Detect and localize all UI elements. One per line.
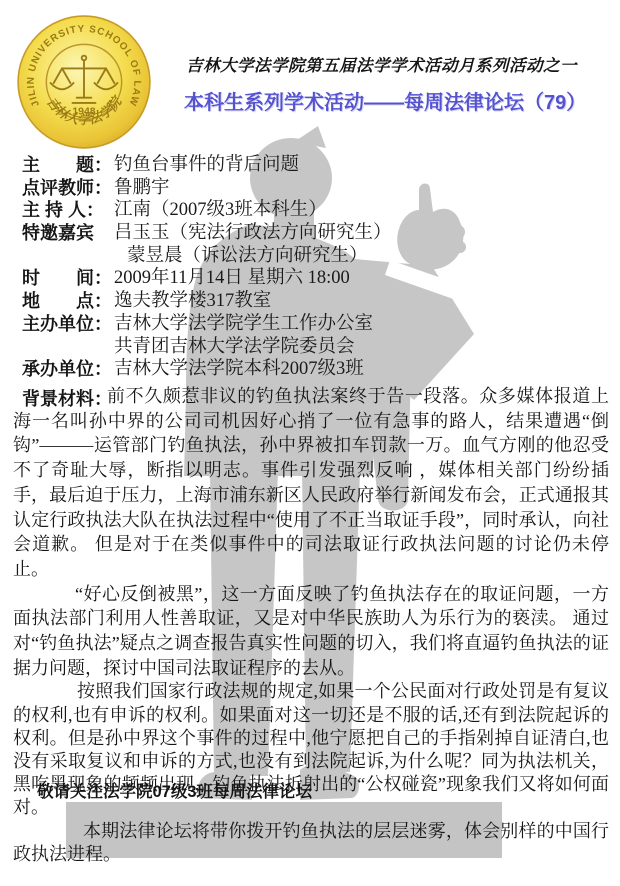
info-label: 地 点： [22,290,114,313]
info-value: 逸夫教学楼317教室 [114,291,271,311]
info-row-host: 主 持 人：江南（2007级3班本科生） [22,199,392,222]
info-label: 主 持 人： [22,199,114,222]
seal-graphic: JILIN UNIVERSITY SCHOOL OF LAW 1948 吉林大学… [16,14,152,150]
info-value: 鲁鹏宇 [114,178,170,198]
info-label: 承办单位： [22,358,114,381]
forum-title: 本科生系列学术活动——每周法律论坛（79） [184,86,586,115]
info-label: 主办单位： [22,313,114,336]
info-row-organizer-2: 共青团吉林大学法学院委员会 [22,336,392,359]
info-row-organizer-1: 主办单位：吉林大学法学院学生工作办公室 [22,313,392,336]
event-info-list: 主 题：钓鱼台事件的背后问题 点评教师：鲁鹏宇 主 持 人：江南（2007级3班… [22,154,392,381]
info-row-time: 时 间：2009年11月14日 星期六 18:00 [22,267,392,290]
info-value: 吉林大学法学院本科2007级3班 [114,359,364,379]
background-paragraph: 前不久颇惹非议的钓鱼执法案终于告一段落。众多媒体报道上海一名叫孙中界的公司司机因… [13,384,609,582]
background-paragraph: 本期法律论坛将带你拨开钓鱼执法的层层迷雾，体会别样的中国行政执法进程。 [13,820,609,866]
info-row-place: 地 点：逸夫教学楼317教室 [22,290,392,313]
background-paragraph: “好心反倒被黑”，这一方面反映了钓鱼执法存在的取证问题，一方面执法部门利用人性善… [13,582,609,681]
poster-page: JILIN UNIVERSITY SCHOOL OF LAW 1948 吉林大学… [0,0,620,886]
info-value: 钓鱼台事件的背后问题 [114,155,299,175]
info-row-topic: 主 题：钓鱼台事件的背后问题 [22,154,392,177]
university-seal: JILIN UNIVERSITY SCHOOL OF LAW 1948 吉林大学… [16,14,152,150]
info-value: 吕玉玉（宪法行政法方向研究生） [114,223,392,243]
footer-note: 敬请关注法学院07级3班每周法律论坛 [37,778,312,802]
info-value: 蒙昱晨（诉讼法方向研究生） [114,246,368,266]
info-label: 时 间： [22,267,114,290]
info-label: 特邀嘉宾 [22,222,114,245]
event-series-title: 吉林大学法学院第五届法学学术活动月系列活动之一 [186,52,577,76]
info-row-commentator: 点评教师：鲁鹏宇 [22,177,392,200]
info-row-undertaker: 承办单位：吉林大学法学院本科2007级3班 [22,358,392,381]
background-material-label: 背景材料： [22,385,112,411]
info-value: 吉林大学法学院学生工作办公室 [114,314,373,334]
info-label: 主 题： [22,154,114,177]
info-value: 共青团吉林大学法学院委员会 [114,337,355,357]
info-value: 江南（2007级3班本科生） [114,200,327,220]
info-label: 点评教师： [22,177,114,200]
info-row-guest-2: 蒙昱晨（诉讼法方向研究生） [22,245,392,268]
info-row-guest-1: 特邀嘉宾吕玉玉（宪法行政法方向研究生） [22,222,392,245]
info-value: 2009年11月14日 星期六 18:00 [114,268,350,288]
